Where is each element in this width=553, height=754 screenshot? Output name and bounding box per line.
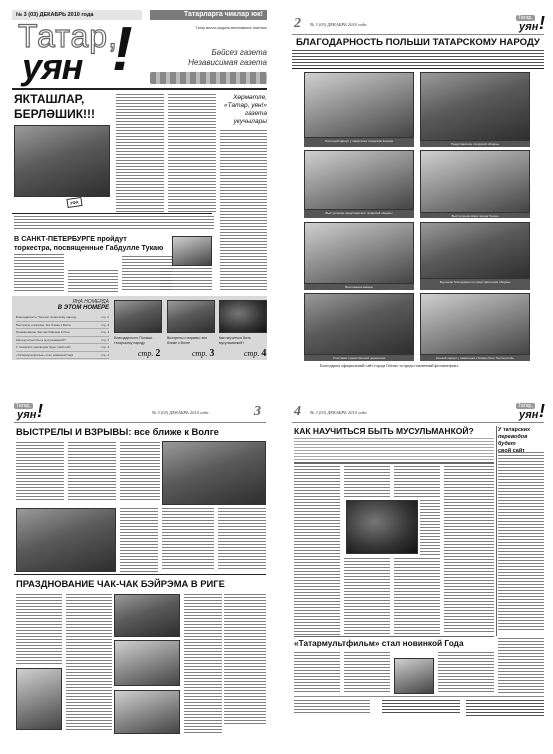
free-newspaper-ru: Независимая газета bbox=[188, 58, 267, 67]
lead-paragraph bbox=[292, 50, 544, 66]
explosion-photo[interactable] bbox=[162, 441, 266, 505]
masthead-rule bbox=[12, 88, 267, 90]
page-number: 4 bbox=[294, 404, 301, 420]
toc-page-ref[interactable]: стр. 2 bbox=[138, 348, 160, 359]
page-1-front[interactable]: № 3 (03) ДЕКАБРЬ 2010 года Татарларга чи… bbox=[12, 8, 267, 360]
front-photo-man[interactable] bbox=[14, 125, 110, 197]
riga-photo-couple[interactable] bbox=[16, 668, 62, 730]
masthead-subtitle: Татар милли-мәдәни автономиясе газетасы bbox=[174, 26, 267, 31]
page-3[interactable]: Татар,уян! № 3 (03) ДЕКАБРЬ 2010 года 3 … bbox=[12, 396, 267, 744]
header-rule bbox=[14, 422, 266, 423]
article-column bbox=[444, 466, 494, 634]
article-column bbox=[160, 268, 212, 290]
article-footer-text bbox=[14, 216, 214, 230]
photo-caption: Представители татарской общины bbox=[420, 141, 530, 147]
photo-caption: Выступление мэра города Гнезно bbox=[420, 213, 530, 218]
photo-tag: УФА bbox=[66, 197, 82, 208]
riga-photo-3[interactable] bbox=[114, 690, 180, 734]
cartoon-photo[interactable] bbox=[394, 658, 434, 694]
toc-item[interactable]: Празднование Чак-чак бэйрэма в Ригестр. … bbox=[16, 329, 109, 337]
toc-list: Благодарность Польши татарскому народуст… bbox=[16, 314, 109, 359]
toc-thumb-page-2[interactable] bbox=[114, 300, 162, 333]
divider bbox=[292, 68, 544, 69]
in-this-issue-box: ЯҢА НОМЕРДА В ЭТОМ НОМЕРЕ Благодарность … bbox=[12, 296, 267, 360]
article-column bbox=[420, 500, 440, 556]
toc-thumb-page-3[interactable] bbox=[167, 300, 215, 333]
article-column bbox=[218, 508, 266, 570]
article-column bbox=[344, 652, 390, 692]
photo-6[interactable] bbox=[420, 222, 530, 279]
lead-paragraph bbox=[294, 438, 494, 460]
photo-caption: Возложение венков bbox=[304, 284, 414, 290]
masthead-slogan: Татарларга чиклар юк! bbox=[150, 10, 267, 20]
toc-item[interactable]: У татарских переводов будет свой сайтстр… bbox=[16, 344, 109, 352]
riga-photo-1[interactable] bbox=[114, 594, 180, 637]
photo-caption: Выступление представителя татарской общи… bbox=[304, 210, 414, 218]
side-headline[interactable]: У татарскихпереводов будетсвой сайт bbox=[498, 427, 546, 455]
header-rule bbox=[292, 34, 544, 35]
toc-item[interactable]: «Татармультфильм» стал новинкой Годастр.… bbox=[16, 352, 109, 360]
mini-logo: Татар,уян! bbox=[516, 403, 546, 421]
mini-logo: Татар,уян! bbox=[516, 15, 546, 33]
toc-item[interactable]: Как научиться быть мусульманкой?стр. 4 bbox=[16, 337, 109, 345]
article-column bbox=[394, 466, 440, 498]
toc-thumb-caption: Как научиться быть мусульманкой? bbox=[219, 336, 267, 345]
imprint-block bbox=[294, 700, 370, 714]
toc-title-ru: В ЭТОМ НОМЕРЕ bbox=[16, 305, 109, 311]
divider bbox=[12, 213, 212, 214]
riga-photo-2[interactable] bbox=[114, 640, 180, 686]
photo-5[interactable] bbox=[304, 222, 414, 284]
page4-headline-2[interactable]: «Татармультфильм» стал новинкой Года bbox=[294, 638, 464, 648]
toc-thumb-page-4[interactable] bbox=[219, 300, 267, 333]
front-headline[interactable]: ЯКТАШЛАР, БЕРЛӘШИК!!! bbox=[14, 92, 114, 122]
side-column bbox=[498, 638, 544, 694]
article-column bbox=[120, 508, 158, 572]
page-date: № 3 (03) ДЕКАБРЬ 2010 года bbox=[310, 410, 367, 415]
photo-credit: Благодарим официальный сайт города Гнезн… bbox=[320, 363, 459, 368]
page2-headline[interactable]: БЛАГОДАРНОСТЬ ПОЛЬШИ ТАТАРСКОМУ НАРОДУ bbox=[296, 37, 540, 48]
article-column bbox=[120, 442, 160, 502]
page3-headline-2[interactable]: ПРАЗДНОВАНИЕ ЧАК-ЧАК БЭЙРЭМА В РИГЕ bbox=[16, 578, 225, 589]
forest-photo[interactable] bbox=[16, 508, 116, 572]
page-date: № 3 (03) ДЕКАБРЬ 2010 года bbox=[310, 22, 367, 27]
photo-4[interactable] bbox=[420, 150, 530, 213]
article-column bbox=[16, 594, 62, 664]
toc-page-ref[interactable]: стр. 4 bbox=[244, 348, 266, 359]
logo-uyan: уян bbox=[22, 46, 82, 88]
article-column bbox=[394, 558, 440, 634]
photo-caption: Вручение благодарности представителям об… bbox=[420, 279, 530, 290]
article-column bbox=[14, 254, 64, 292]
imprint-block bbox=[382, 700, 460, 714]
mini-logo: Татар,уян! bbox=[14, 403, 44, 421]
page4-headline[interactable]: КАК НАУЧИТЬСЯ БЫТЬ МУСУЛЬМАНКОЙ? bbox=[294, 426, 474, 436]
article-column bbox=[168, 94, 216, 212]
page-number: 2 bbox=[294, 16, 301, 32]
photo-2[interactable] bbox=[420, 72, 530, 141]
muslimah-photo[interactable] bbox=[346, 500, 418, 554]
article-column bbox=[344, 466, 390, 498]
photo-8[interactable] bbox=[420, 293, 530, 355]
ornament-icon bbox=[150, 72, 267, 84]
toc-page-ref[interactable]: стр. 3 bbox=[192, 348, 214, 359]
tukay-portrait[interactable] bbox=[172, 236, 212, 266]
side-heading[interactable]: Хөрмәтле, «Татар, уян!» газета укучылары bbox=[220, 94, 267, 126]
photo-7[interactable] bbox=[304, 293, 414, 355]
divider bbox=[294, 462, 494, 464]
imprint-block bbox=[466, 700, 544, 716]
article-column bbox=[438, 652, 494, 692]
photo-3[interactable] bbox=[304, 150, 414, 210]
article-column bbox=[68, 270, 118, 292]
photo-caption: Конный караул у памятника «Татары Речи П… bbox=[420, 355, 530, 361]
side-column bbox=[220, 130, 267, 290]
photo-caption: Участники торжественной церемонии bbox=[304, 355, 414, 361]
toc-thumb-caption: Благодарность Польши татарскому народу bbox=[114, 336, 162, 345]
spb-headline[interactable]: В САНКТ-ПЕТЕРБУРГЕ пройдут торкестра, по… bbox=[14, 234, 164, 252]
article-column bbox=[66, 594, 112, 730]
toc-item[interactable]: Выстрелы и взрывы: все ближе к Волгестр.… bbox=[16, 322, 109, 330]
article-column bbox=[224, 594, 266, 724]
column-rule bbox=[496, 426, 497, 636]
divider bbox=[294, 636, 494, 637]
article-column bbox=[294, 466, 340, 636]
free-newspaper-tt: Бәйсез газета bbox=[211, 48, 267, 57]
article-column bbox=[294, 652, 340, 692]
page-4[interactable]: 4 № 3 (03) ДЕКАБРЬ 2010 года Татар,уян! … bbox=[290, 396, 546, 750]
article-column bbox=[116, 94, 164, 212]
article-column bbox=[68, 442, 116, 502]
photo-caption: Почетный караул у памятника татарским во… bbox=[304, 138, 414, 147]
page3-headline[interactable]: ВЫСТРЕЛЫ И ВЗРЫВЫ: все ближе к Волге bbox=[16, 426, 219, 437]
article-column bbox=[184, 594, 222, 734]
toc-thumb-caption: Выстрелы и взрывы: все ближе к Волге bbox=[167, 336, 215, 345]
toc-item[interactable]: Благодарность Польши татарскому народуст… bbox=[16, 314, 109, 322]
photo-1[interactable] bbox=[304, 72, 414, 138]
page-2[interactable]: 2 № 3 (03) ДЕКАБРЬ 2010 года Татар,уян! … bbox=[290, 8, 546, 376]
page-number: 3 bbox=[254, 404, 261, 420]
header-rule bbox=[292, 422, 544, 423]
article-column bbox=[344, 558, 390, 634]
side-column bbox=[498, 452, 544, 632]
article-column bbox=[162, 508, 214, 570]
page-date: № 3 (03) ДЕКАБРЬ 2010 года bbox=[152, 410, 209, 415]
article-column bbox=[16, 442, 64, 502]
logo-exclamation: ! bbox=[112, 14, 133, 85]
divider bbox=[14, 574, 266, 575]
imprint-rule bbox=[294, 696, 544, 697]
